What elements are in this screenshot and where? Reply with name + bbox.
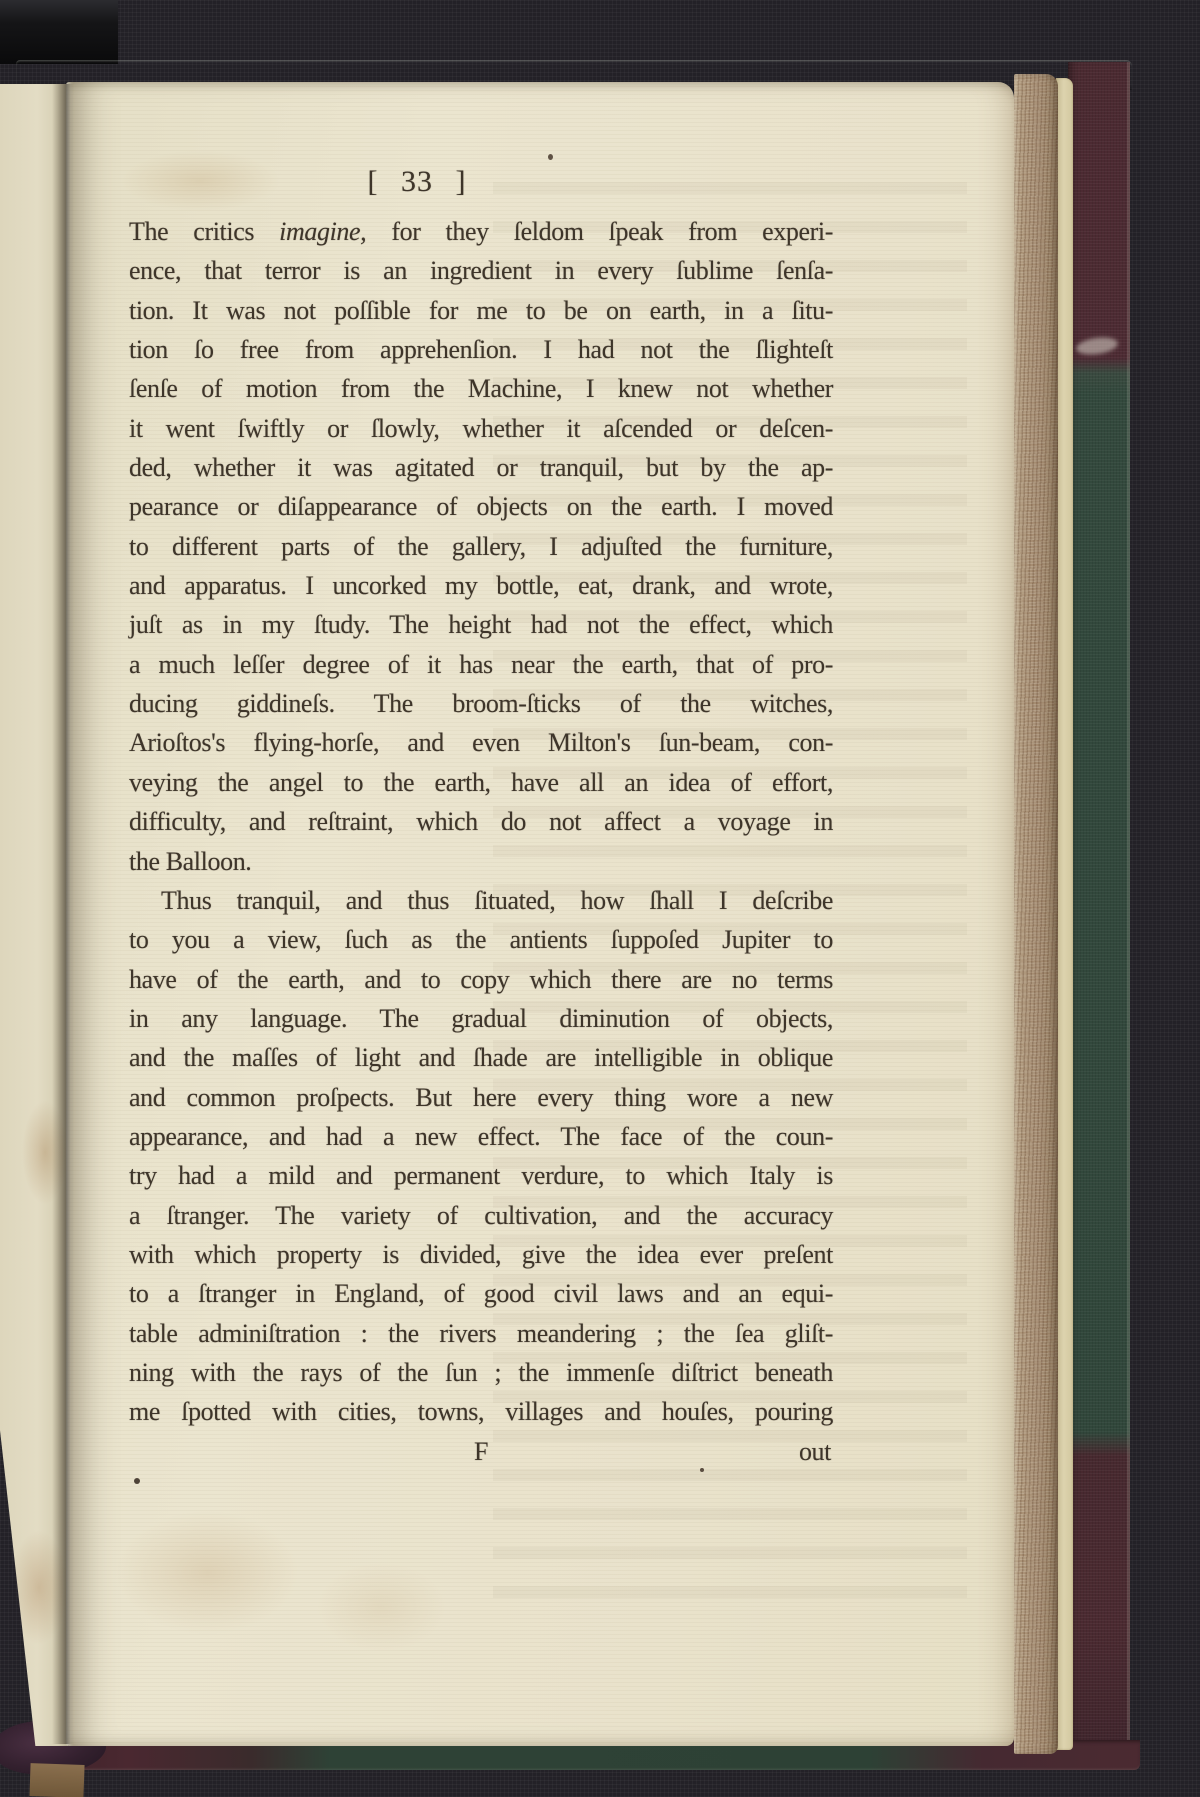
page-text: [ 33 ] The critics imagine, for they ſel… [129,160,833,1471]
text-line: and common proſpects. But here every thi… [129,1078,833,1117]
text-line: table adminiſtration : the rivers meande… [129,1314,833,1353]
text-line: to different parts of the gallery, I adj… [129,527,833,566]
text-line: to you a view, ſuch as the antients ſupp… [129,920,833,959]
book-cradle [29,1763,84,1797]
text-line: and the maſſes of light and ſhade are in… [129,1038,833,1077]
text-line: with which property is divided, give the… [129,1235,833,1274]
text-line: ning with the rays of the ſun ; the imme… [129,1353,833,1392]
text-line: appearance, and had a new effect. The fa… [129,1117,833,1156]
body-text: The critics imagine, for they ſeldom ſpe… [129,212,833,1471]
book-stand-clamp [0,0,118,64]
paragraph-1: ence, that terror is an ingredient in ev… [129,251,833,841]
ink-speck [134,1478,140,1484]
text-line: ducing giddineſs. The broom-ſticks of th… [129,684,833,723]
text-line: Arioſtos's flying-horſe, and even Milton… [129,723,833,762]
text-line: me ſpotted with cities, towns, villages … [129,1392,833,1431]
stain [316,1562,446,1652]
text-line: to a ſtranger in England, of good civil … [129,1274,833,1313]
text-line: juſt as in my ſtudy. The height had not … [129,605,833,644]
gutter-shadow [52,84,74,1744]
book-cover-right-edge [1068,62,1130,1762]
text-line: ſenſe of motion from the Machine, I knew… [129,369,833,408]
text-line: try had a mild and permanent verdure, to… [129,1156,833,1195]
page-number: [ 33 ] [65,160,769,204]
page-leaf-edge [1056,78,1073,1750]
text-line: it went ſwiftly or ſlowly, whether it aſ… [129,409,833,448]
stain [115,1510,300,1635]
line-segment: The critics [129,217,279,246]
text-line: difficulty, and reſtraint, which do not … [129,802,833,841]
line-segment: for they ſeldom ſpeak from experi- [366,217,833,246]
catchword: out [799,1432,831,1471]
text-line: ded, whether it was agitated or tranquil… [129,448,833,487]
italic-word: imagine, [279,217,366,246]
signature-line: F out [129,1432,833,1471]
text-line: the Balloon. [129,842,833,881]
paragraph-2: to you a view, ſuch as the antients ſupp… [129,920,833,1431]
page-stack-fore-edge [1014,74,1058,1754]
signature-mark: F [474,1432,488,1471]
book-photo: [ 33 ] The critics imagine, for they ſel… [0,0,1200,1797]
text-line: tion. It was not poſſible for me to be o… [129,291,833,330]
text-line: a ſtranger. The variety of cultivation, … [129,1196,833,1235]
text-line: ence, that terror is an ingredient in ev… [129,251,833,290]
text-line: pearance or diſappearance of objects on … [129,487,833,526]
text-line: a much leſſer degree of it has near the … [129,645,833,684]
text-line: tion ſo free from apprehenſion. I had no… [129,330,833,369]
text-line: have of the earth, and to copy which the… [129,960,833,999]
text-line: The critics imagine, for they ſeldom ſpe… [129,212,833,251]
text-line: veying the angel to the earth, have all … [129,763,833,802]
text-line: in any language. The gradual diminution … [129,999,833,1038]
text-line: Thus tranquil, and thus ſituated, how ſh… [129,881,833,920]
text-line: and apparatus. I uncorked my bottle, eat… [129,566,833,605]
